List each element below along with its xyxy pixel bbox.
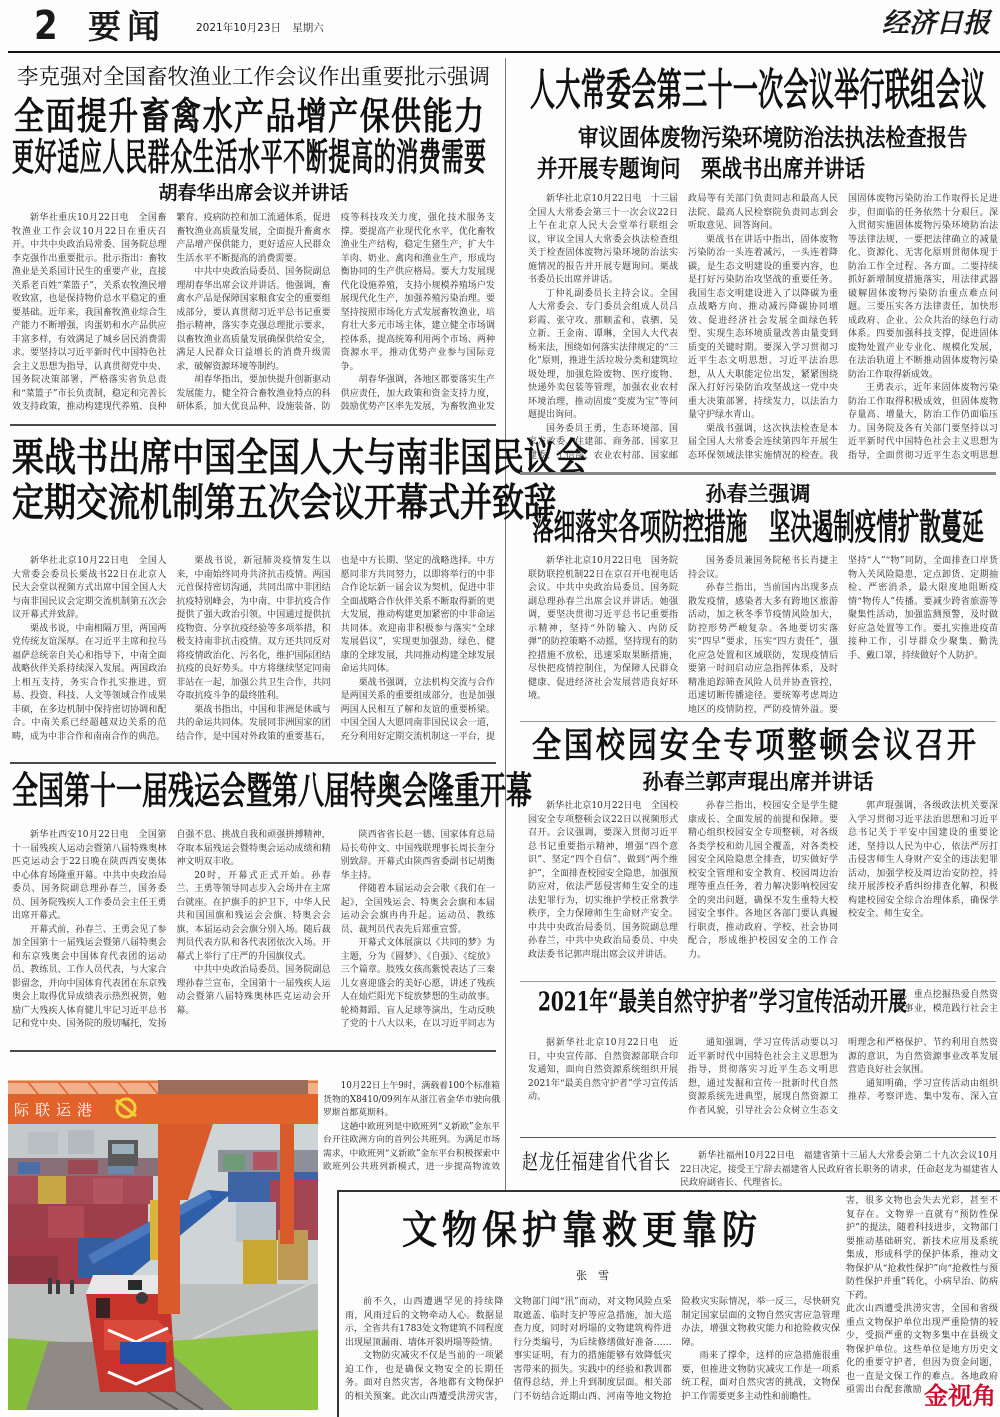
campus-safety-subtitle: 孙春兰郭声琨出席并讲话 [518,771,998,792]
cultural-relics-title: 文物保护靠救更靠防 [402,1212,782,1251]
paralympics-title: 全国第十一届残运会暨第八届特奥会隆重开幕 [12,773,487,811]
south-africa-title-line-1: 栗战书出席中国全国人大与南非国民议会 [12,438,487,477]
paragraph: 新华社福州10月22日电 福建省第十三届人大常委会第二十九次会议10月22日决定… [680,1150,998,1191]
paragraph: 郭声琨强调，各级政法机关要深入学习贯彻习近平法治思想和习近平总书记关于平安中国建… [848,800,998,922]
paragraph: 中共中央政治局委员、国务院副总理胡春华出席会议并讲话。他强调，畜禽水产品是保障国… [176,266,330,374]
paragraph: 栗战书在讲话中指出，固体废物污染防治一头连着减污，一头连着降碳，是生态文明建设的… [688,234,838,423]
paragraph: 栗战书说，中南相隔万里，两国两党传统友谊深厚。在习近平主席和拉马福萨总统亲自关心… [12,623,166,745]
issue-date: 2021年10月23日 星期六 [196,22,324,34]
paragraph: 新华社西安10月22日电 全国第十一届残疾人运动会暨第八届特殊奥林匹克运动会于2… [12,829,166,924]
paragraph: 伴随着本届运动会会歌《我们在一起》，全国残运会、特奥会会旗和本届运动会会旗冉冉升… [341,883,495,937]
livestock-byline: 胡春华出席会议并讲话 [12,184,495,203]
south-africa-body: 新华社北京10月22日电 全国人大常委会委员长栗战书22日在北京人民大会堂以视频… [12,555,495,755]
paragraph: 丁仲礼副委员长主持会议。全国人大常委会、专门委员会组成人员吕彩霞、张守攻、那顺孟… [528,288,678,423]
paragraph: 新华社北京10月22日电 全国人大常委会委员长栗战书22日在北京人民大会堂以视频… [12,555,166,623]
livestock-title-line-2: 更好适应人民群众生活水平不断提高的消费需要 [12,141,486,178]
paragraph: 陕西省省长赵一德、国家体育总局局长苟仲文、中国残联理事长周长奎分别致辞。开幕式由… [341,829,495,883]
section-rule [520,981,996,982]
paragraph: 中共中央政治局委员、国务院副总理孙春兰宣布，全国第十一届残疾人运动会暨第八届特殊… [176,964,330,1018]
npc-subtitle-line-1: 审议固体废物污染环境防治法执法检查报告 [578,126,978,150]
box-top-border [337,1190,1000,1192]
epidemic-title: 落细落实各项防控措施 坚决遏制疫情扩散蔓延 [522,511,994,546]
npc-subtitle-line-2: 并开展专题询问 栗战书出席并讲话 [537,157,877,181]
news-photo-freight-train: 际联运港 [8,1080,318,1410]
npc-body: 新华社北京10月22日电 十三届全国人大常委会第三十一次会议22日上午在北京人民… [528,193,998,468]
epidemic-kicker: 孙春兰强调 [518,483,998,504]
paragraph: 20时，开幕式正式开始。孙春兰、王勇等领导同志步入会场并在主席台就座。在护旗手的… [176,870,330,965]
paragraph: 国务委员兼国务院秘书长肖捷主持会议。 [688,555,838,582]
paragraph: 务，重点挖掘热爱自然资源事业，模范践行社会主义核心价值观，在生态文明建设、发展自 [895,989,998,1039]
jin-shi-jiao-logo: 金视角 [922,1383,998,1409]
section-rule [10,1050,496,1052]
paragraph: 新华社北京10月22日电 十三届全国人大常委会第三十一次会议22日上午在北京人民… [528,193,678,288]
paragraph: 前不久，山西遭遇罕见的持续降雨，风雨过后的文物牵动人心。数据显示，全省共有178… [345,1296,503,1350]
photo-caption: 10月22日上午9时，满载着100个标准箱货物的X8410/09列车从浙江省金华… [323,1080,500,1182]
section-name: 要闻 [88,8,166,46]
masthead-logo: 经济日报 [882,6,990,42]
cultural-relics-author: 张 雪 [345,1270,840,1281]
campus-safety-body: 新华社北京10月22日电 全国校园安全专项整顿会议22日以视频形式召开。会议强调… [528,800,998,976]
cultural-relics-body: 前不久，山西遭遇罕见的持续降雨，风雨过后的文物牵动人心。数据显示，全省共有178… [345,1296,840,1417]
paragraph: 栗战书说，新冠肺炎疫情发生以来，中南始终同舟共济抗击疫情。两国元首保持密切沟通，… [176,555,330,704]
column-divider [505,58,506,1190]
header-rule [8,51,1000,53]
epidemic-body: 新华社北京10月22日电 国务院联防联控机制22日在京召开电视电话会议。中共中央… [528,555,998,717]
paragraph: 雨来了撑伞，这样的应急措施很重要，但推进文物防灾减灾工作是一项系统工程，面对自然… [682,1350,840,1404]
south-africa-title-line-2: 定期交流机制第五次会议开幕式并致辞 [12,483,487,522]
npc-title: 人大常委会第三十一次会议举行联组会议 [530,68,986,112]
box-left-border [337,1190,339,1417]
gantry-sign-text: 际联运港 [14,1101,98,1119]
livestock-body: 新华社重庆10月22日电 全国畜牧渔业工作会议10月22日在重庆召开。中共中央政… [12,212,495,418]
paragraph: 新华社北京10月22日电 国务院联防联控机制22日在京召开电视电话会议。中共中央… [528,555,678,704]
photo-illustration: 际联运港 [8,1080,318,1410]
nature-guardians-sidebar: 务，重点挖掘热爱自然资源事业，模范践行社会主义核心价值观，在生态文明建设、发展自 [895,989,998,1039]
section-rule [10,762,496,764]
section-rule [520,1137,996,1138]
livestock-kicker: 李克强对全国畜牧渔业工作会议作出重要批示强调 [12,67,495,89]
fujian-governor-title: 赵龙任福建省代省长 [522,1152,672,1173]
campus-safety-title: 全国校园安全专项整顿会议召开 [532,728,976,763]
section-rule [520,721,996,722]
section-rule [10,424,496,426]
paralympics-body: 新华社西安10月22日电 全国第十一届残疾人运动会暨第八届特殊奥林匹克运动会于2… [12,829,495,1043]
newspaper-page: 2 要闻 2021年10月23日 星期六 经济日报 李克强对全国畜牧渔业工作会议… [0,0,1000,1417]
weekday-text: 星期六 [292,22,324,34]
section-rule [520,472,996,475]
paragraph: 害，很多文物也会失去光彩，甚至不复存在。文物界一直就有“预防性保护”的提法，随着… [846,1195,998,1303]
nature-guardians-title: 2021年“最美自然守护者”学习宣传活动开展 [538,991,890,1017]
livestock-title-line-1: 全面提升畜禽水产品增产保供能力 [14,99,484,137]
page-number: 2 [34,4,58,48]
date-text: 2021年10月23日 [196,22,281,34]
paragraph: 新华社北京10月22日电 全国校园安全专项整顿会议22日以视频形式召开。会议强调… [528,800,678,962]
paragraph: 10月22日上午9时，满载着100个标准箱货物的X8410/09列车从浙江省金华… [323,1080,500,1121]
paragraph: 据新华社北京10月22日电 近日，中央宣传部、自然资源部联合印发通知，面向自然资… [528,1037,678,1105]
fujian-governor-body: 新华社福州10月22日电 福建省第十三届人大常委会第二十九次会议10月22日决定… [680,1150,998,1191]
nature-guardians-body: 据新华社北京10月22日电 近日，中央宣传部、自然资源部联合印发通知，面向自然资… [528,1037,998,1131]
paragraph: 孙春兰指出，校园安全是学生健康成长、全面发展的前提和保障。要精心组织校园安全专项… [688,800,838,962]
